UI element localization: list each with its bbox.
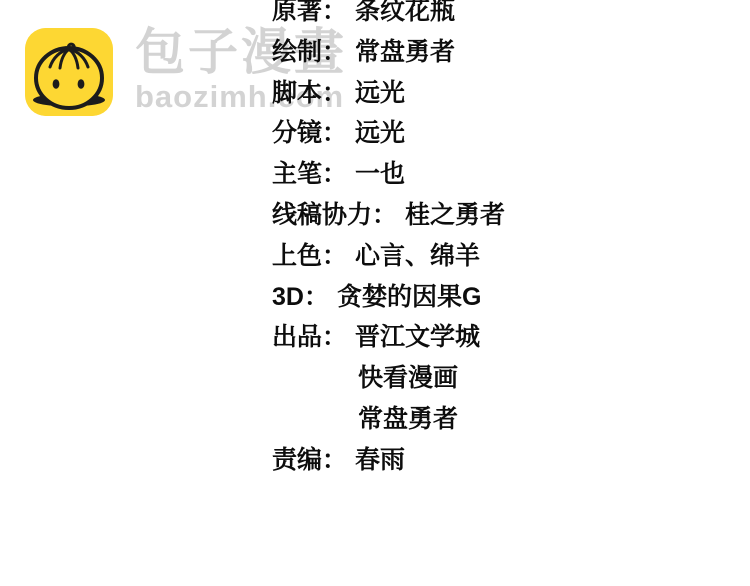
credit-row-coloring: 上色：心言、绵羊: [272, 236, 505, 277]
credit-row-lead-artist: 主笔：一也: [272, 154, 505, 195]
credit-label: 线稿协力：: [272, 201, 397, 229]
credit-row-producer: 出品：晋江文学城: [272, 317, 505, 358]
credit-value: 快看漫画: [358, 364, 458, 392]
baozimh-logo-icon: [25, 28, 113, 116]
credit-value: 常盘勇者: [355, 38, 455, 66]
credit-row-storyboard: 分镜：远光: [272, 113, 505, 154]
credit-value: 一也: [355, 160, 405, 188]
credit-row-artist: 绘制：常盘勇者: [272, 32, 505, 73]
credit-value: 条纹花瓶: [355, 0, 455, 25]
credit-label: 原著：: [272, 0, 347, 25]
credit-label: 分镜：: [272, 119, 347, 147]
baozi-bun-icon: [25, 28, 113, 116]
credit-value: 春雨: [355, 446, 405, 474]
credit-value: 常盘勇者: [358, 405, 458, 433]
credit-row-original-author: 原著：条纹花瓶: [272, 0, 505, 32]
credit-label: 出品：: [272, 323, 347, 351]
credit-label: 责编：: [272, 446, 347, 474]
credit-value: 桂之勇者: [405, 201, 505, 229]
credit-value: 心言、绵羊: [355, 242, 480, 270]
credit-row-3d: 3D：贪婪的因果G: [272, 277, 505, 318]
credit-row-producer-cont: 快看漫画: [272, 358, 505, 399]
credit-value: 远光: [355, 119, 405, 147]
credit-label: 脚本：: [272, 79, 347, 107]
credit-label: 主笔：: [272, 160, 347, 188]
credit-label: 上色：: [272, 242, 347, 270]
credit-label: 3D：: [272, 283, 329, 311]
credit-value: 贪婪的因果G: [337, 283, 481, 311]
credit-row-producer-cont: 常盘勇者: [272, 399, 505, 440]
credit-label: 绘制：: [272, 38, 347, 66]
comic-credits-page: 包子漫畫 baozimh.com 原著：条纹花瓶 绘制：常盘勇者 脚本：远光 分…: [0, 0, 750, 586]
credit-row-editor: 责编：春雨: [272, 440, 505, 481]
credit-row-lineart-assist: 线稿协力：桂之勇者: [272, 195, 505, 236]
credit-value: 远光: [355, 79, 405, 107]
credit-row-script: 脚本：远光: [272, 73, 505, 114]
credit-value: 晋江文学城: [355, 323, 480, 351]
credits-list: 原著：条纹花瓶 绘制：常盘勇者 脚本：远光 分镜：远光 主笔：一也 线稿协力：桂…: [272, 0, 505, 481]
